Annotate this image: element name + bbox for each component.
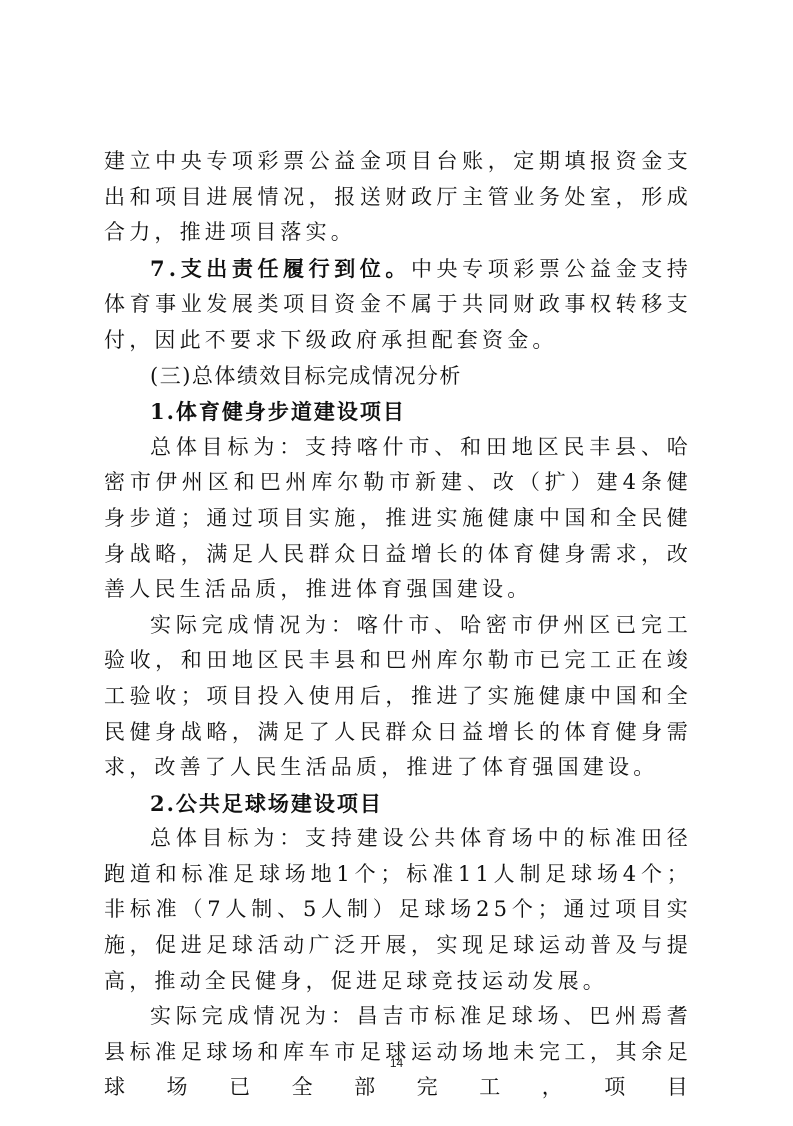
paragraph-fitness-actual: 实际完成情况为：喀什市、哈密市伊州区已完工验收，和田地区民丰县和巴州库尔勒市已完… (104, 608, 692, 786)
paragraph-lead-bold: 7.支出责任履行到位。 (150, 256, 411, 281)
paragraph-football-goal: 总体目标为：支持建设公共体育场中的标准田径跑道和标准足球场地1个；标准11人制足… (104, 821, 692, 999)
document-page: 建立中央专项彩票公益金项目台账，定期填报资金支出和项目进展情况，报送财政厅主管业… (104, 144, 692, 1106)
heading-football-field: 2.公共足球场建设项目 (104, 786, 692, 822)
heading-fitness-trail: 1.体育健身步道建设项目 (104, 394, 692, 430)
page-number: 14 (0, 1056, 793, 1070)
paragraph-expenditure-responsibility: 7.支出责任履行到位。中央专项彩票公益金支持体育事业发展类项目资金不属于共同财政… (104, 251, 692, 359)
paragraph-fitness-goal: 总体目标为：支持喀什市、和田地区民丰县、哈密市伊州区和巴州库尔勒市新建、改（扩）… (104, 430, 692, 608)
paragraph-continuation: 建立中央专项彩票公益金项目台账，定期填报资金支出和项目进展情况，报送财政厅主管业… (104, 144, 692, 251)
paragraph-football-actual: 实际完成情况为：昌吉市标准足球场、巴州焉耆县标准足球场和库车市足球运动场地未完工… (104, 999, 692, 1106)
subsection-title: (三)总体绩效目标完成情况分析 (104, 359, 692, 395)
